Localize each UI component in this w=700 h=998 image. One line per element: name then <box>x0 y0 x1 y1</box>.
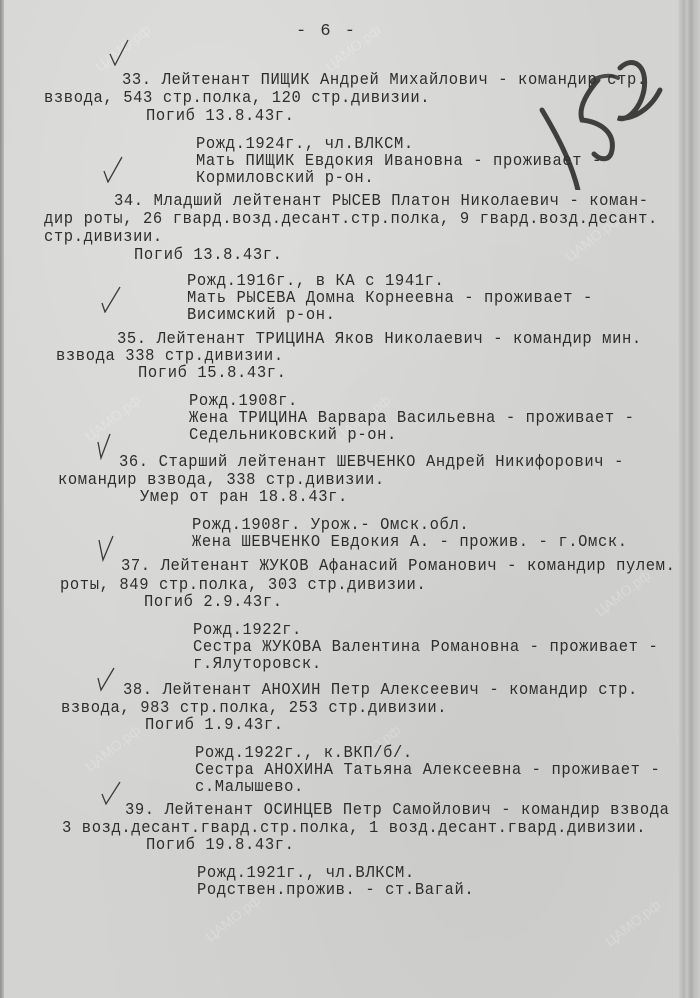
watermark: ЦАМО.рф <box>82 722 143 775</box>
entry-35-death: Погиб 15.8.43г. <box>138 364 287 382</box>
entry-35-detail-3: Седельниковский р-он. <box>189 426 397 444</box>
checkmark-icon <box>96 666 118 694</box>
checkmark-icon <box>102 155 124 183</box>
checkmark-icon <box>96 432 118 460</box>
entry-34-line-2: дир роты, 26 гвард.возд.десант.стр.полка… <box>44 210 658 228</box>
entry-39-detail-2: Родствен.прожив. - ст.Вагай. <box>197 881 474 899</box>
watermark: ЦАМО.рф <box>202 892 263 945</box>
checkmark-icon <box>100 285 122 313</box>
page-left-edge <box>0 0 4 998</box>
entry-36-detail-2: Жена ШЕВЧЕНКО Евдокия А. - прожив. - г.О… <box>192 533 628 551</box>
entry-37-death: Погиб 2.9.43г. <box>144 593 283 611</box>
document-page: ЦАМО.рф ЦАМО.рф ЦАМО.рф ЦАМО.рф ЦАМО.рф … <box>0 0 700 998</box>
entry-33-detail-3: Кормиловский р-он. <box>196 169 374 187</box>
entry-39-death: Погиб 19.8.43г. <box>146 836 295 854</box>
entry-34-line-3: стр.дивизии. <box>44 228 163 246</box>
entry-38-line-1: 38. Лейтенант АНОХИН Петр Алексеевич - к… <box>123 681 638 699</box>
watermark: ЦАМО.рф <box>602 897 663 950</box>
entry-37-line-1: 37. Лейтенант ЖУКОВ Афанасий Романович -… <box>121 557 675 575</box>
entry-34-death: Погиб 13.8.43г. <box>134 246 283 264</box>
entry-33-death: Погиб 13.8.43г. <box>146 107 295 125</box>
entry-39-line-1: 39. Лейтенант ОСИНЦЕВ Петр Самойлович - … <box>125 801 670 819</box>
entry-33-line-2: взвода, 543 стр.полка, 120 стр.дивизии. <box>44 89 430 107</box>
page-number: - 6 - <box>296 22 357 41</box>
checkmark-icon <box>108 38 130 66</box>
entry-34-line-1: 34. Младший лейтенант РЫСЕВ Платон Никол… <box>114 192 649 210</box>
checkmark-icon <box>100 780 122 808</box>
entry-38-detail-3: с.Малышево. <box>195 778 304 796</box>
page-binding-edge <box>678 0 700 998</box>
checkmark-icon <box>97 534 119 562</box>
entry-38-death: Погиб 1.9.43г. <box>145 716 284 734</box>
entry-37-detail-3: г.Ялуторовск. <box>193 655 322 673</box>
entry-36-death: Умер от ран 18.8.43г. <box>140 488 348 506</box>
entry-36-line-1: 36. Старший лейтенант ШЕВЧЕНКО Андрей Ни… <box>119 453 624 471</box>
entry-34-detail-3: Висимский р-он. <box>187 306 336 324</box>
entry-33-line-1: 33. Лейтенант ПИЩИК Андрей Михайлович - … <box>122 71 647 89</box>
